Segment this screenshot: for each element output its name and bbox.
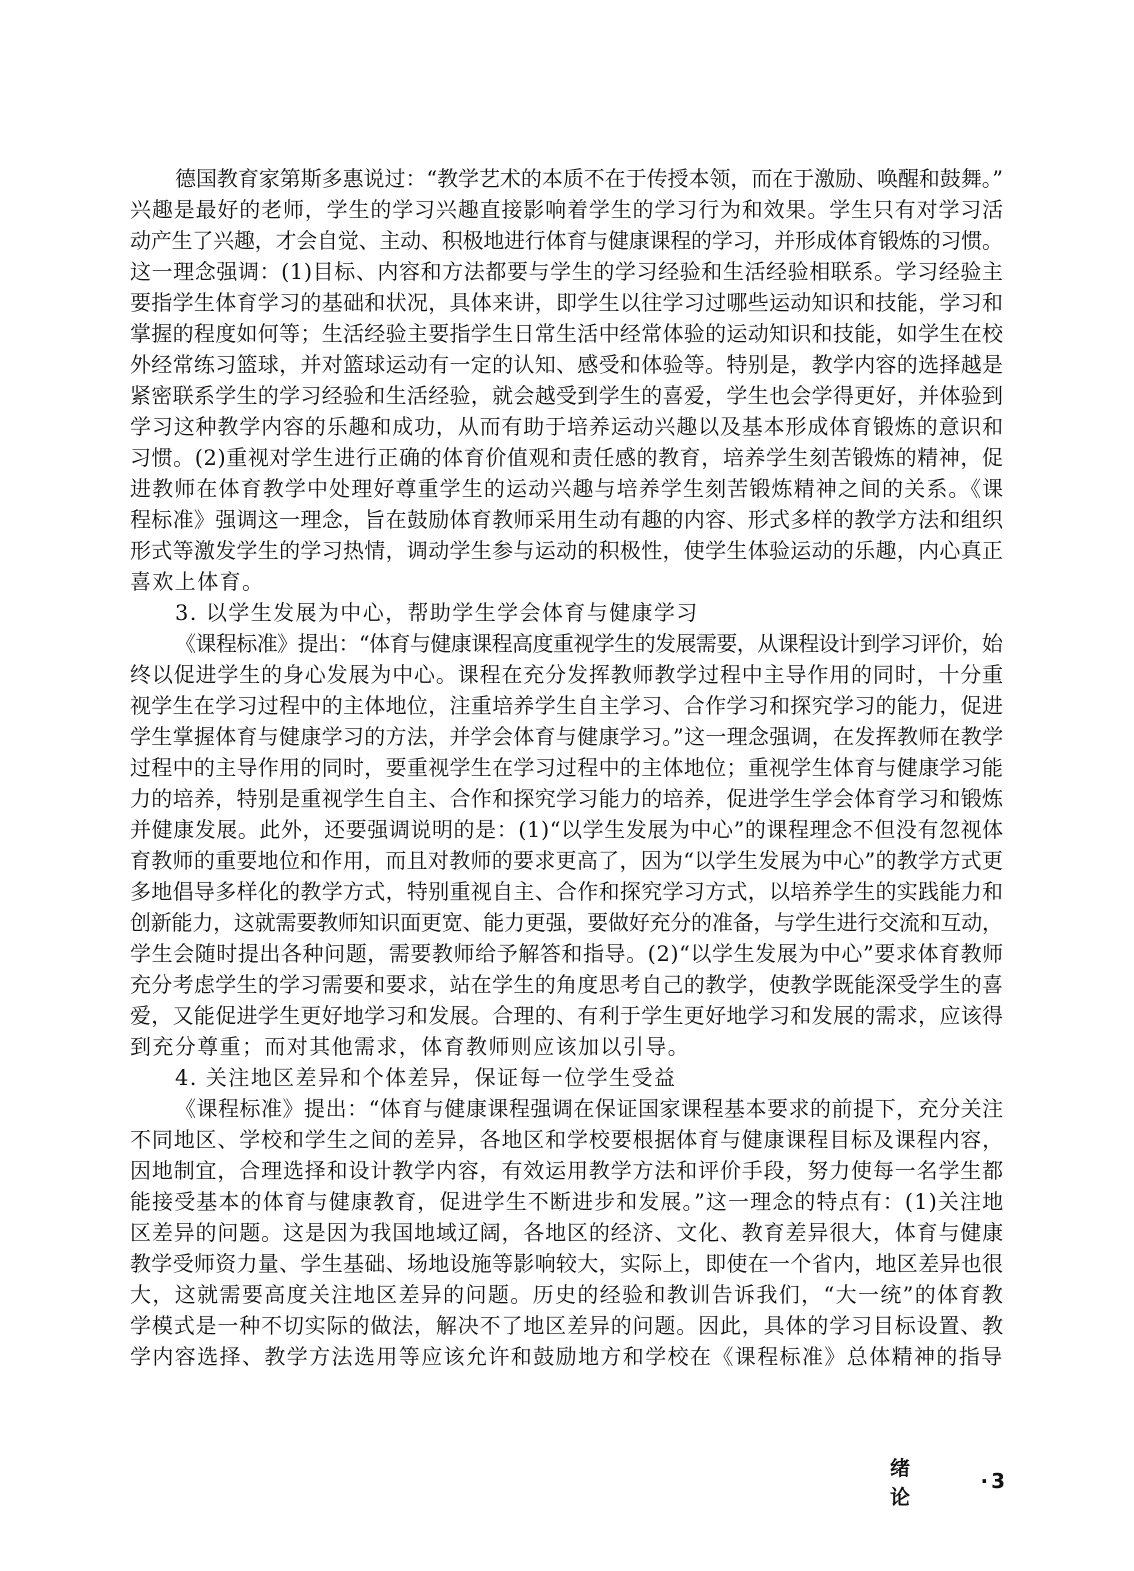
text-line: 学内容选择、教学方法选用等应该允许和鼓励地方和学校在《课程标准》总体精神的指导: [130, 1342, 1003, 1373]
section-heading: 3. 以学生发展为中心，帮助学生学会体育与健康学习: [130, 598, 1003, 629]
text-line: 学生会随时提出各种问题，需要教师给予解答和指导。(2)“以学生发展为中心”要求体…: [130, 939, 1003, 970]
heading-text: 4. 关注地区差异和个体差异，保证每一位学生受益: [130, 1063, 1003, 1094]
paragraph: 《课程标准》提出：“体育与健康课程强调在保证国家课程基本要求的前提下，充分关注不…: [130, 1094, 1003, 1373]
section-heading: 4. 关注地区差异和个体差异，保证每一位学生受益: [130, 1063, 1003, 1094]
text-line: 动产生了兴趣，才会自觉、主动、积极地进行体育与健康课程的学习，并形成体育锻炼的习…: [130, 226, 1003, 257]
text-line: 要指学生体育学习的基础和状况，具体来讲，即学生以往学习过哪些运动知识和技能，学习…: [130, 288, 1003, 319]
paragraph: 《课程标准》提出：“体育与健康课程高度重视学生的发展需要，从课程设计到学习评价，…: [130, 629, 1003, 1063]
page-number: 3: [991, 1469, 1005, 1493]
text-line: 学生掌握体育与健康学习的方法，并学会体育与健康学习。”这一理念强调，在发挥教师在…: [130, 722, 1003, 753]
text-line: 外经常练习篮球，并对篮球运动有一定的认知、感受和体验等。特别是，教学内容的选择越…: [130, 350, 1003, 381]
text-line: 《课程标准》提出：“体育与健康课程高度重视学生的发展需要，从课程设计到学习评价，…: [130, 629, 1003, 660]
text-line: 大，这就需要高度关注地区差异的问题。历史的经验和教训告诉我们，“大一统”的体育教: [130, 1280, 1003, 1311]
text-line: 教学受师资力量、学生基础、场地设施等影响较大，实际上，即使在一个省内，地区差异也…: [130, 1249, 1003, 1280]
text-line: 形式等激发学生的学习热情，调动学生参与运动的积极性，使学生体验运动的乐趣，内心真…: [130, 536, 1003, 567]
text-line: 学习这种教学内容的乐趣和成功，从而有助于培养运动兴趣以及基本形成体育锻炼的意识和: [130, 412, 1003, 443]
text-line: 充分考虑学生的学习需要和要求，站在学生的角度思考自己的教学，使教学既能深受学生的…: [130, 970, 1003, 1001]
text-line: 创新能力，这就需要教师知识面更宽、能力更强，要做好充分的准备，与学生进行交流和互…: [130, 908, 1003, 939]
footer-separator: ·: [980, 1469, 988, 1493]
page-footer: 绪论 · 3: [890, 1466, 1005, 1496]
text-line: 因地制宜，合理选择和设计教学内容，有效运用教学方法和评价手段，努力使每一名学生都: [130, 1156, 1003, 1187]
text-line: 多地倡导多样化的教学方式，特别重视自主、合作和探究学习方式，以培养学生的实践能力…: [130, 877, 1003, 908]
text-line: 区差异的问题。这是因为我国地域辽阔，各地区的经济、文化、教育差异很大，体育与健康: [130, 1218, 1003, 1249]
text-line: 程标准》强调这一理念，旨在鼓励体育教师采用生动有趣的内容、形式多样的教学方法和组…: [130, 505, 1003, 536]
paragraph: 德国教育家第斯多惠说过：“教学艺术的本质不在于传授本领，而在于激励、唤醒和鼓舞。…: [130, 164, 1003, 598]
text-line: 掌握的程度如何等；生活经验主要指学生日常生活中经常体验的运动知识和技能，如学生在…: [130, 319, 1003, 350]
text-line: 进教师在体育教学中处理好尊重学生的运动兴趣与培养学生刻苦锻炼精神之间的关系。《课: [130, 474, 1003, 505]
text-line: 并健康发展。此外，还要强调说明的是：(1)“以学生发展为中心”的课程理念不但没有…: [130, 815, 1003, 846]
text-line: 习惯。(2)重视对学生进行正确的体育价值观和责任感的教育，培养学生刻苦锻炼的精神…: [130, 443, 1003, 474]
text-line: 不同地区、学校和学生之间的差异，各地区和学校要根据体育与健康课程目标及课程内容，: [130, 1125, 1003, 1156]
text-line: 到充分尊重；而对其他需求，体育教师则应该加以引导。: [130, 1032, 1003, 1063]
text-line: 视学生在学习过程中的主体地位，注重培养学生自主学习、合作学习和探究学习的能力，促…: [130, 691, 1003, 722]
document-page: 德国教育家第斯多惠说过：“教学艺术的本质不在于传授本领，而在于激励、唤醒和鼓舞。…: [0, 0, 1134, 1571]
text-line: 喜欢上体育。: [130, 567, 1003, 598]
text-line: 过程中的主导作用的同时，要重视学生在学习过程中的主体地位；重视学生体育与健康学习…: [130, 753, 1003, 784]
text-line: 力的培养，特别是重视学生自主、合作和探究学习能力的培养，促进学生学会体育学习和锻…: [130, 784, 1003, 815]
text-line: 学模式是一种不切实际的做法，解决不了地区差异的问题。因此，具体的学习目标设置、教: [130, 1311, 1003, 1342]
text-line: 育教师的重要地位和作用，而且对教师的要求更高了，因为“以学生发展为中心”的教学方…: [130, 846, 1003, 877]
chapter-title: 绪论: [890, 1452, 981, 1510]
text-line: 这一理念强调：(1)目标、内容和方法都要与学生的学习经验和生活经验相联系。学习经…: [130, 257, 1003, 288]
heading-text: 3. 以学生发展为中心，帮助学生学会体育与健康学习: [130, 598, 1003, 629]
text-line: 兴趣是最好的老师，学生的学习兴趣直接影响着学生的学习行为和效果。学生只有对学习活: [130, 195, 1003, 226]
text-line: 德国教育家第斯多惠说过：“教学艺术的本质不在于传授本领，而在于激励、唤醒和鼓舞。…: [130, 164, 1003, 195]
text-line: 《课程标准》提出：“体育与健康课程强调在保证国家课程基本要求的前提下，充分关注: [130, 1094, 1003, 1125]
text-line: 爱，又能促进学生更好地学习和发展。合理的、有利于学生更好地学习和发展的需求，应该…: [130, 1001, 1003, 1032]
text-line: 终以促进学生的身心发展为中心。课程在充分发挥教师教学过程中主导作用的同时，十分重: [130, 660, 1003, 691]
text-line: 紧密联系学生的学习经验和生活经验，就会越受到学生的喜爱，学生也会学得更好，并体验…: [130, 381, 1003, 412]
text-line: 能接受基本的体育与健康教育，促进学生不断进步和发展。”这一理念的特点有：(1)关…: [130, 1187, 1003, 1218]
body-text: 德国教育家第斯多惠说过：“教学艺术的本质不在于传授本领，而在于激励、唤醒和鼓舞。…: [130, 164, 1003, 1373]
